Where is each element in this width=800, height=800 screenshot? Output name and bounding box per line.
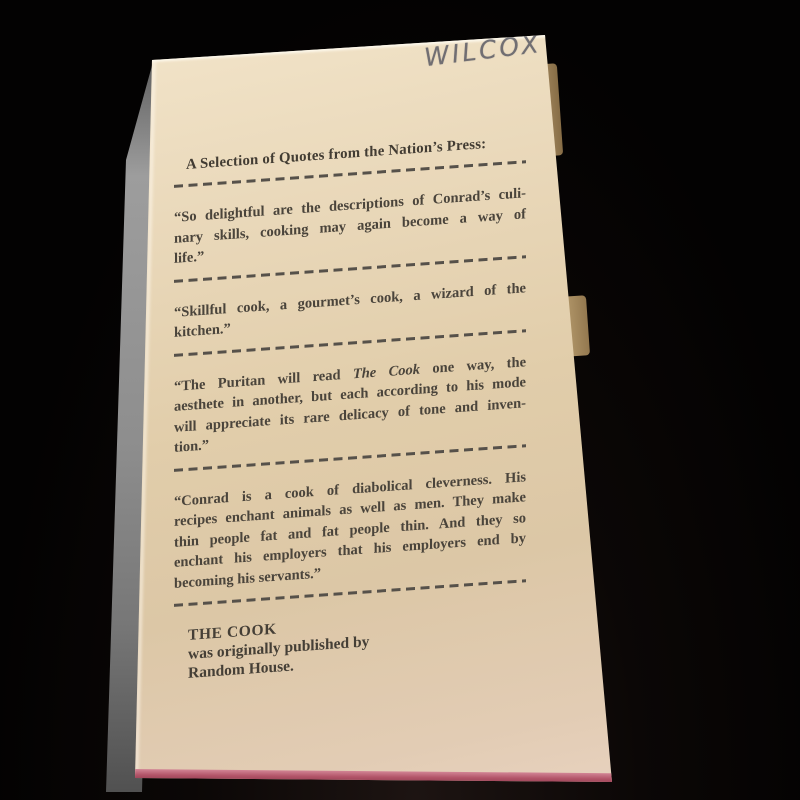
- publisher-note: THE COOK was originally published by Ran…: [172, 602, 528, 684]
- press-quote-3: “The Puritan will read The Cook one way,…: [172, 352, 528, 459]
- press-quote-4: “Conrad is a cook of diabolical cleverne…: [172, 467, 528, 594]
- press-quote-1: “So delightful are the descriptions of C…: [172, 183, 528, 269]
- back-cover-text: A Selection of Quotes from the Nation’s …: [172, 133, 528, 684]
- photo-background: WILCOX A Selection of Quotes from the Na…: [0, 0, 800, 800]
- page-edge-stain: [129, 769, 621, 786]
- press-quotes-heading: A Selection of Quotes from the Nation’s …: [172, 133, 528, 175]
- book-title-italic: The Cook: [353, 361, 420, 382]
- handwritten-owner-name: WILCOX: [423, 29, 543, 72]
